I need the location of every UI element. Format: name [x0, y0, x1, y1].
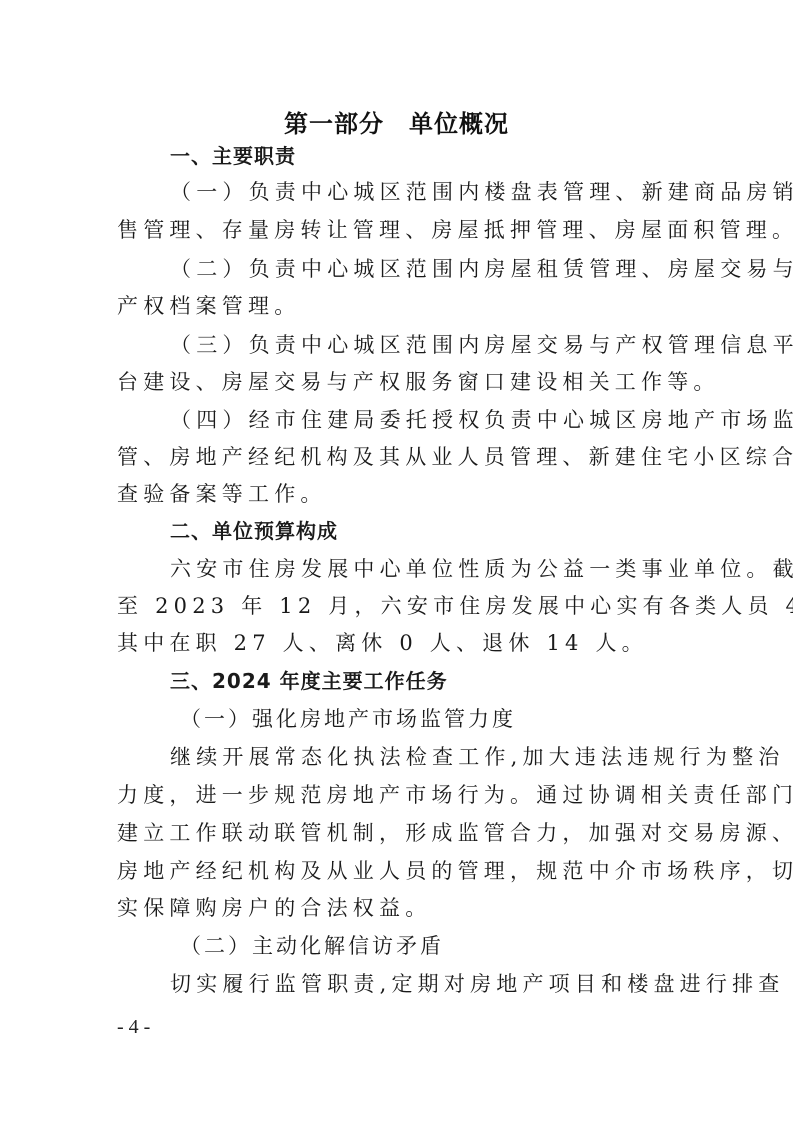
paragraph-line: 力度，进一步规范房地产市场行为。通过协调相关责任部门: [117, 781, 677, 809]
document-page: 第一部分 单位概况 一、主要职责 （一）负责中心城区范围内楼盘表管理、新建商品房…: [0, 0, 793, 1122]
paragraph-line: 至 2023 年 12 月，六安市住房发展中心实有各类人员 41 人，: [117, 592, 677, 620]
paragraph-line: 管、房地产经纪机构及其从业人员管理、新建住宅小区综合: [117, 443, 677, 471]
section-heading-duties: 一、主要职责: [170, 142, 730, 170]
section-heading-budget: 二、单位预算构成: [170, 517, 730, 545]
paragraph-line: （一）负责中心城区范围内楼盘表管理、新建商品房销: [170, 178, 730, 206]
subsection-heading: （一）强化房地产市场监管力度: [180, 705, 740, 733]
section-heading-tasks: 三、2024 年度主要工作任务: [170, 667, 730, 695]
paragraph-line: （四）经市住建局委托授权负责中心城区房地产市场监: [170, 406, 730, 434]
paragraph-line: 产权档案管理。: [117, 292, 677, 320]
paragraph-line: 继续开展常态化执法检查工作,加大违法违规行为整治: [170, 743, 730, 771]
paragraph-line: 其中在职 27 人、离休 0 人、退休 14 人。: [117, 629, 677, 657]
paragraph-line: 实保障购房户的合法权益。: [117, 894, 677, 922]
paragraph-line: 台建设、房屋交易与产权服务窗口建设相关工作等。: [117, 368, 677, 396]
paragraph-line: 房地产经纪机构及从业人员的管理，规范中介市场秩序，切: [117, 857, 677, 885]
paragraph-line: （三）负责中心城区范围内房屋交易与产权管理信息平: [170, 331, 730, 359]
paragraph-line: （二）负责中心城区范围内房屋租赁管理、房屋交易与: [170, 255, 730, 283]
paragraph-line: 六安市住房发展中心单位性质为公益一类事业单位。截: [170, 555, 730, 583]
paragraph-line: 建立工作联动联管机制，形成监管合力，加强对交易房源、: [117, 819, 677, 847]
subsection-heading: （二）主动化解信访矛盾: [180, 932, 740, 960]
paragraph-line: 售管理、存量房转让管理、房屋抵押管理、房屋面积管理。: [117, 216, 677, 244]
page-number: - 4 -: [117, 1016, 150, 1039]
paragraph-line: 切实履行监管职责,定期对房地产项目和楼盘进行排查: [170, 970, 730, 998]
paragraph-line: 查验备案等工作。: [117, 480, 677, 508]
page-title: 第一部分 单位概况: [0, 104, 793, 139]
